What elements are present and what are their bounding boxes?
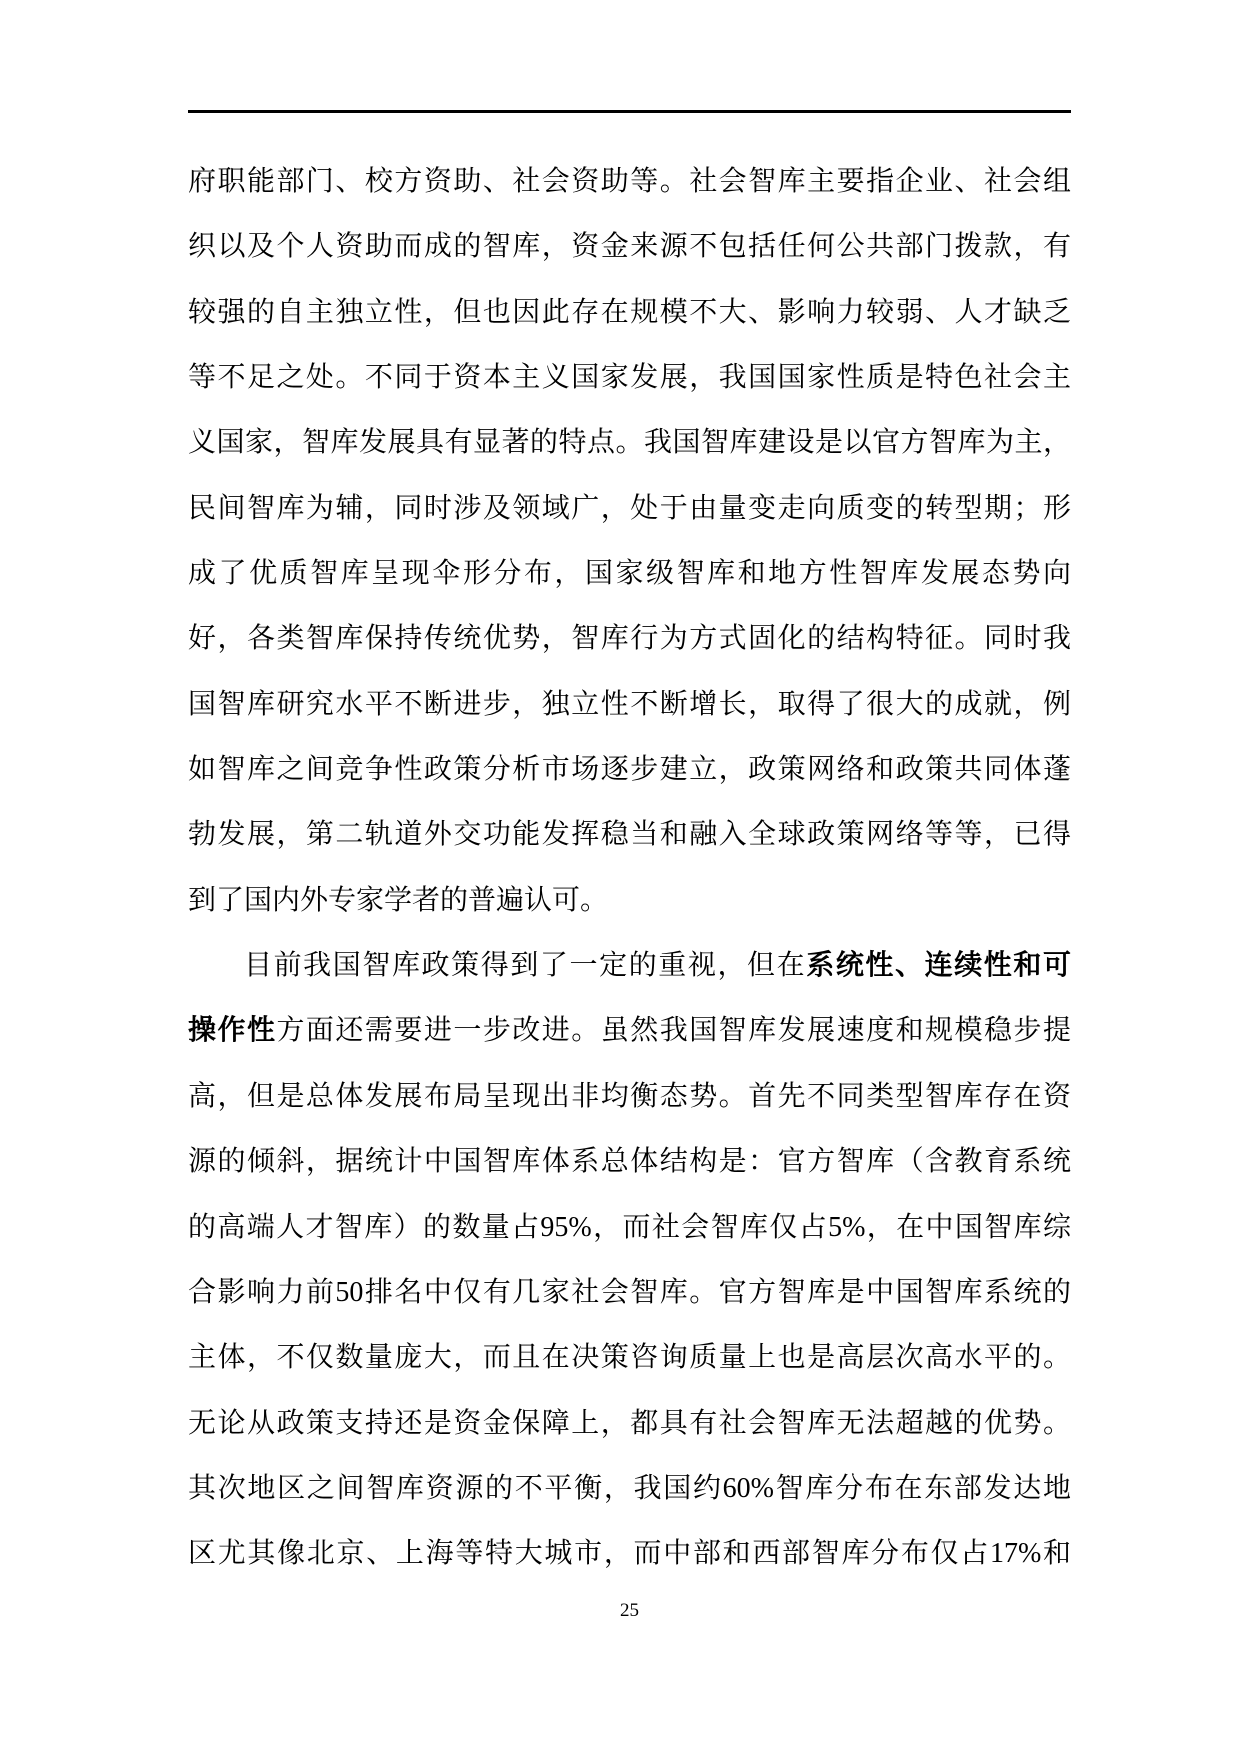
text-segment: 较强的自主独立性，但也因此存在规模不大、影响力较弱、人才缺乏 [188, 297, 1071, 328]
text-segment: 其次地区之间智库资源的不平衡，我国约60%智库分布在东部发达地 [188, 1473, 1071, 1504]
text-line: 好，各类智库保持传统优势，智库行为方式固化的结构特征。同时我 [188, 606, 1071, 671]
text-line: 府职能部门、校方资助、社会资助等。社会智库主要指企业、社会组 [188, 149, 1071, 214]
page-number: 25 [188, 1597, 1071, 1625]
text-line: 的高端人才智库）的数量占95%，而社会智库仅占5%，在中国智库综 [188, 1195, 1071, 1260]
text-segment: 国智库研究水平不断进步，独立性不断增长，取得了很大的成就，例 [188, 689, 1071, 720]
text-line: 主体，不仅数量庞大，而且在决策咨询质量上也是高层次高水平的。 [188, 1325, 1071, 1390]
bold-text-segment: 操作性 [188, 1015, 276, 1046]
text-segment: 的高端人才智库）的数量占95%，而社会智库仅占5%，在中国智库综 [188, 1212, 1071, 1243]
text-line: 合影响力前50排名中仅有几家社会智库。官方智库是中国智库系统的 [188, 1260, 1071, 1325]
text-line: 勃发展，第二轨道外交功能发挥稳当和融入全球政策网络等等，已得 [188, 802, 1071, 867]
text-segment: 高，但是总体发展布局呈现出非均衡态势。首先不同类型智库存在资 [188, 1081, 1071, 1112]
text-line: 如智库之间竞争性政策分析市场逐步建立，政策网络和政策共同体蓬 [188, 737, 1071, 802]
text-segment: 合影响力前50排名中仅有几家社会智库。官方智库是中国智库系统的 [188, 1277, 1071, 1308]
text-line: 织以及个人资助而成的智库，资金来源不包括任何公共部门拨款，有 [188, 214, 1071, 279]
document-body: 府职能部门、校方资助、社会资助等。社会智库主要指企业、社会组织以及个人资助而成的… [188, 149, 1071, 1587]
text-line: 等不足之处。不同于资本主义国家发展，我国国家性质是特色社会主 [188, 345, 1071, 410]
text-line: 国智库研究水平不断进步，独立性不断增长，取得了很大的成就，例 [188, 672, 1071, 737]
text-line: 到了国内外专家学者的普遍认可。 [188, 868, 1071, 933]
text-segment: 勃发展，第二轨道外交功能发挥稳当和融入全球政策网络等等，已得 [188, 819, 1071, 850]
text-line: 无论从政策支持还是资金保障上，都具有社会智库无法超越的优势。 [188, 1391, 1071, 1456]
text-line: 成了优质智库呈现伞形分布，国家级智库和地方性智库发展态势向 [188, 541, 1071, 606]
header-rule [188, 110, 1071, 113]
text-segment: 源的倾斜，据统计中国智库体系总体结构是：官方智库（含教育系统 [188, 1146, 1071, 1177]
text-line: 高，但是总体发展布局呈现出非均衡态势。首先不同类型智库存在资 [188, 1064, 1071, 1129]
text-line: 区尤其像北京、上海等特大城市，而中部和西部智库分布仅占17%和 [188, 1521, 1071, 1586]
text-line: 源的倾斜，据统计中国智库体系总体结构是：官方智库（含教育系统 [188, 1129, 1071, 1194]
text-segment: 民间智库为辅，同时涉及领域广，处于由量变走向质变的转型期；形 [188, 493, 1071, 524]
text-line: 目前我国智库政策得到了一定的重视，但在系统性、连续性和可 [188, 933, 1071, 998]
text-segment: 义国家，智库发展具有显著的特点。我国智库建设是以官方智库为主， [188, 427, 1071, 458]
text-line: 操作性方面还需要进一步改进。虽然我国智库发展速度和规模稳步提 [188, 998, 1071, 1063]
text-segment: 等不足之处。不同于资本主义国家发展，我国国家性质是特色社会主 [188, 362, 1071, 393]
text-line: 其次地区之间智库资源的不平衡，我国约60%智库分布在东部发达地 [188, 1456, 1071, 1521]
text-segment: 区尤其像北京、上海等特大城市，而中部和西部智库分布仅占17%和 [188, 1538, 1071, 1569]
text-segment: 主体，不仅数量庞大，而且在决策咨询质量上也是高层次高水平的。 [188, 1342, 1071, 1373]
text-segment: 目前我国智库政策得到了一定的重视，但在 [244, 950, 806, 981]
text-segment: 织以及个人资助而成的智库，资金来源不包括任何公共部门拨款，有 [188, 231, 1071, 262]
text-segment: 好，各类智库保持传统优势，智库行为方式固化的结构特征。同时我 [188, 623, 1071, 654]
text-line: 义国家，智库发展具有显著的特点。我国智库建设是以官方智库为主， [188, 410, 1071, 475]
text-segment: 如智库之间竞争性政策分析市场逐步建立，政策网络和政策共同体蓬 [188, 754, 1071, 785]
bold-text-segment: 系统性、连续性和可 [806, 950, 1071, 981]
text-segment: 方面还需要进一步改进。虽然我国智库发展速度和规模稳步提 [276, 1015, 1071, 1046]
text-line: 民间智库为辅，同时涉及领域广，处于由量变走向质变的转型期；形 [188, 476, 1071, 541]
text-segment: 府职能部门、校方资助、社会资助等。社会智库主要指企业、社会组 [188, 166, 1071, 197]
paragraph-1: 府职能部门、校方资助、社会资助等。社会智库主要指企业、社会组织以及个人资助而成的… [188, 149, 1071, 933]
document-page: 府职能部门、校方资助、社会资助等。社会智库主要指企业、社会组织以及个人资助而成的… [0, 0, 1240, 1753]
text-segment: 到了国内外专家学者的普遍认可。 [188, 885, 608, 916]
paragraph-2: 目前我国智库政策得到了一定的重视，但在系统性、连续性和可操作性方面还需要进一步改… [188, 933, 1071, 1586]
text-segment: 成了优质智库呈现伞形分布，国家级智库和地方性智库发展态势向 [188, 558, 1071, 589]
text-segment: 无论从政策支持还是资金保障上，都具有社会智库无法超越的优势。 [188, 1408, 1071, 1439]
text-line: 较强的自主独立性，但也因此存在规模不大、影响力较弱、人才缺乏 [188, 280, 1071, 345]
